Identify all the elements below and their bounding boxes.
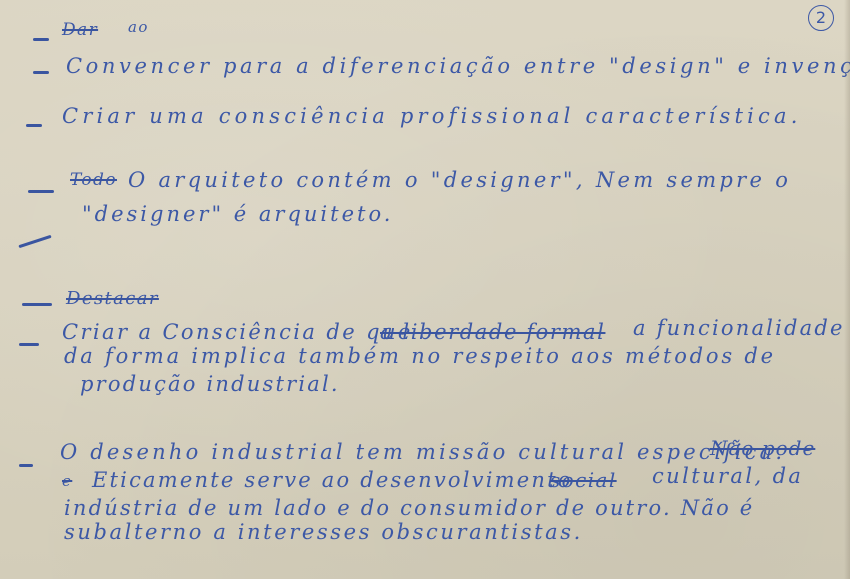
struck-word: Dar: [62, 22, 98, 39]
handwritten-line: Convencer para a diferenciação entre "de…: [66, 56, 850, 77]
handwritten-line: "designer" é arquiteto.: [82, 204, 393, 225]
handwritten-line: subalterno a interesses obscurantistas.: [64, 522, 583, 543]
handwritten-line: indústria de um lado e do consumidor de …: [64, 498, 754, 519]
struck-phrase: Não pode: [710, 438, 815, 458]
manuscript-page: 2 Dar ao Convencer para a diferenciação …: [0, 0, 850, 579]
handwritten-word: ao: [128, 20, 149, 35]
handwritten-line: produção industrial.: [80, 374, 340, 395]
handwritten-line: Eticamente serve ao desenvolvimento: [92, 470, 573, 491]
bullet-dash: [22, 303, 52, 306]
struck-word: Destacar: [66, 290, 159, 308]
bullet-dash: [26, 124, 42, 127]
struck-word: social: [550, 470, 617, 490]
handwritten-line: cultural, da: [652, 466, 803, 487]
handwritten-line: a funcionalidade: [633, 318, 845, 339]
struck-word: e: [62, 474, 72, 489]
handwritten-line: Criar a Consciência de que: [62, 322, 413, 343]
handwritten-line: O arquiteto contém o "designer", Nem sem…: [128, 170, 791, 191]
bullet-dash: [19, 464, 33, 467]
page-number: 2: [808, 5, 834, 31]
handwritten-line: Criar uma consciência profissional carac…: [62, 106, 802, 127]
struck-word: Todo: [70, 172, 117, 189]
struck-phrase: a liberdade formal: [380, 322, 605, 343]
bullet-dash: [28, 190, 54, 193]
handwritten-line: da forma implica também no respeito aos …: [64, 346, 776, 367]
handwritten-line: O desenho industrial tem missão cultural…: [60, 442, 785, 463]
scribble-mark: [18, 235, 51, 248]
bullet-dash: [19, 343, 39, 346]
bullet-dash: [33, 38, 49, 41]
bullet-dash: [33, 71, 49, 74]
